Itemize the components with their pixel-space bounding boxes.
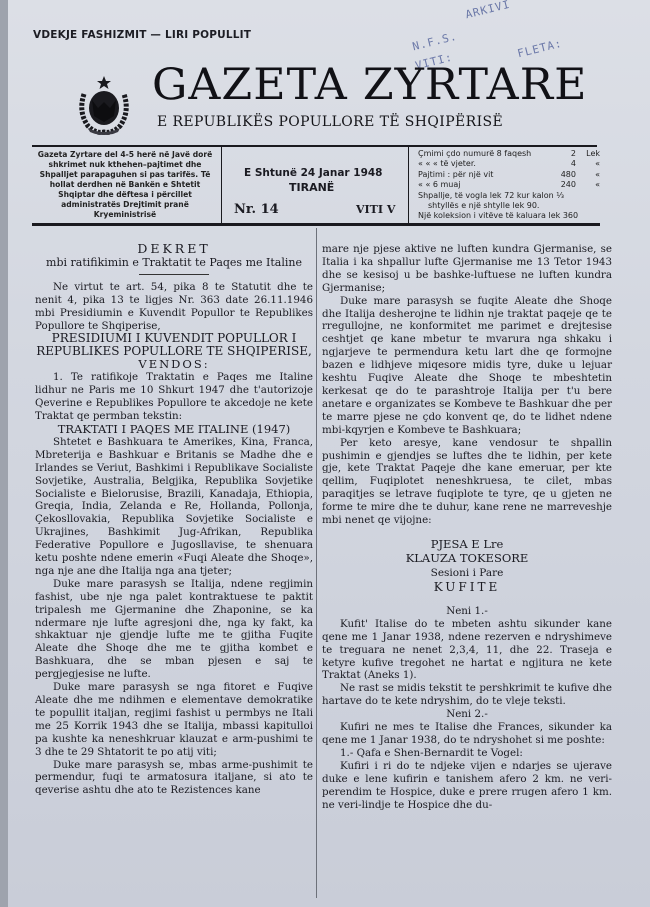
dekret-subtitle: mbi ratifikimin e Traktatit te Paqes me … (35, 257, 313, 270)
masthead-subtitle: E REPUBLIKËS POPULLORE TË SHQIPËRISË (157, 114, 503, 130)
issue-year: VITI V (356, 203, 395, 216)
left-column: DEKRET mbi ratifikimin e Traktatit te Pa… (35, 243, 313, 797)
issue-date: E Shtunë 24 Janar 1948 (244, 167, 383, 179)
price-row: « « 6 muaj240« (418, 180, 600, 190)
archive-stamp: N.F.S. (411, 30, 459, 54)
scan-edge (0, 0, 8, 907)
presidium-heading: PRESIDIUMI I KUVENDIT POPULLOR I REPUBLI… (35, 332, 313, 358)
divider (221, 147, 222, 223)
paragraph: Ne rast se midis tekstit te pershkrimit … (322, 682, 612, 708)
price-row: Pajtimi : për një vit480« (418, 170, 600, 180)
publication-info: Gazeta Zyrtare del 4-5 herë në Javë dorë… (32, 150, 218, 220)
part-heading: PJESA E Lre (322, 537, 612, 552)
price-note: Një koleksion i vitëve të kaluara lek 36… (418, 211, 600, 221)
article-heading: Neni 1.- (322, 605, 612, 618)
paragraph: Per keto aresye, kane vendosur te shpall… (322, 437, 612, 527)
paragraph: Kufiri ne mes te Italise dhe Frances, si… (322, 721, 612, 747)
price-row: « « « të vjeter.4« (418, 159, 600, 169)
article-heading: Neni 2.- (322, 708, 612, 721)
dekret-title: DEKRET (35, 243, 313, 256)
archive-stamp: ARKIVI (464, 0, 512, 21)
divider (32, 223, 600, 226)
divider (139, 274, 209, 275)
divider (32, 145, 597, 147)
paragraph: Duke mare parasysh se Italija, ndene reg… (35, 578, 313, 681)
masthead-title: GAZETA ZYRTARE (152, 60, 587, 110)
right-column: mare nje pjese aktive ne luften kundra G… (322, 243, 612, 811)
section-title: KUFITE (322, 580, 612, 595)
paragraph: mare nje pjese aktive ne luften kundra G… (322, 243, 612, 295)
paragraph: Kufit' Italise do te mbeten ashtu sikund… (322, 618, 612, 683)
part-title: KLAUZA TOKESORE (322, 551, 612, 566)
section-heading: Sesioni i Pare (322, 566, 612, 581)
preamble: Ne virtut te art. 54, pika 8 te Statutit… (35, 281, 313, 333)
paragraph: Shtetet e Bashkuara te Amerikes, Kina, F… (35, 436, 313, 578)
column-divider (316, 228, 317, 898)
gazette-page: VDEKJE FASHIZMIT — LIRI POPULLIT ARKIVI … (0, 0, 650, 907)
vendos-heading: VENDOS: (35, 358, 313, 371)
price-row: Çmimi çdo numurë 8 faqesh2Lek (418, 149, 600, 159)
issue-city: TIRANË (289, 181, 334, 194)
masthead-motto: VDEKJE FASHIZMIT — LIRI POPULLIT (33, 29, 251, 41)
price-note: Shpallje, të vogla lek 72 kur kalon ⅓ (418, 191, 600, 201)
paragraph: Duke mare parasysh se nga fitoret e Fuqi… (35, 681, 313, 758)
paragraph: Duke mare parasysh se, mbas arme-pushimi… (35, 759, 313, 798)
issue-number: Nr. 14 (234, 202, 279, 217)
paragraph: 1. Te ratifikoje Traktatin e Paqes me It… (35, 371, 313, 423)
price-table: Çmimi çdo numurë 8 faqesh2Lek « « « të v… (418, 149, 600, 222)
treaty-title: TRAKTATI I PAQES ME ITALINE (1947) (35, 423, 313, 436)
archive-stamp: FLETA: (516, 37, 564, 61)
albanian-coat-of-arms-icon (74, 74, 134, 136)
price-note: shtyllës e një shtylle lek 90. (418, 201, 600, 211)
divider (408, 147, 409, 223)
paragraph: Kufiri i ri do te ndjeke vijen e ndarjes… (322, 760, 612, 812)
paragraph: Duke mare parasysh se fuqite Aleate dhe … (322, 295, 612, 437)
list-item: 1.- Qafa e Shen-Bernardit te Vogel: (322, 747, 612, 760)
